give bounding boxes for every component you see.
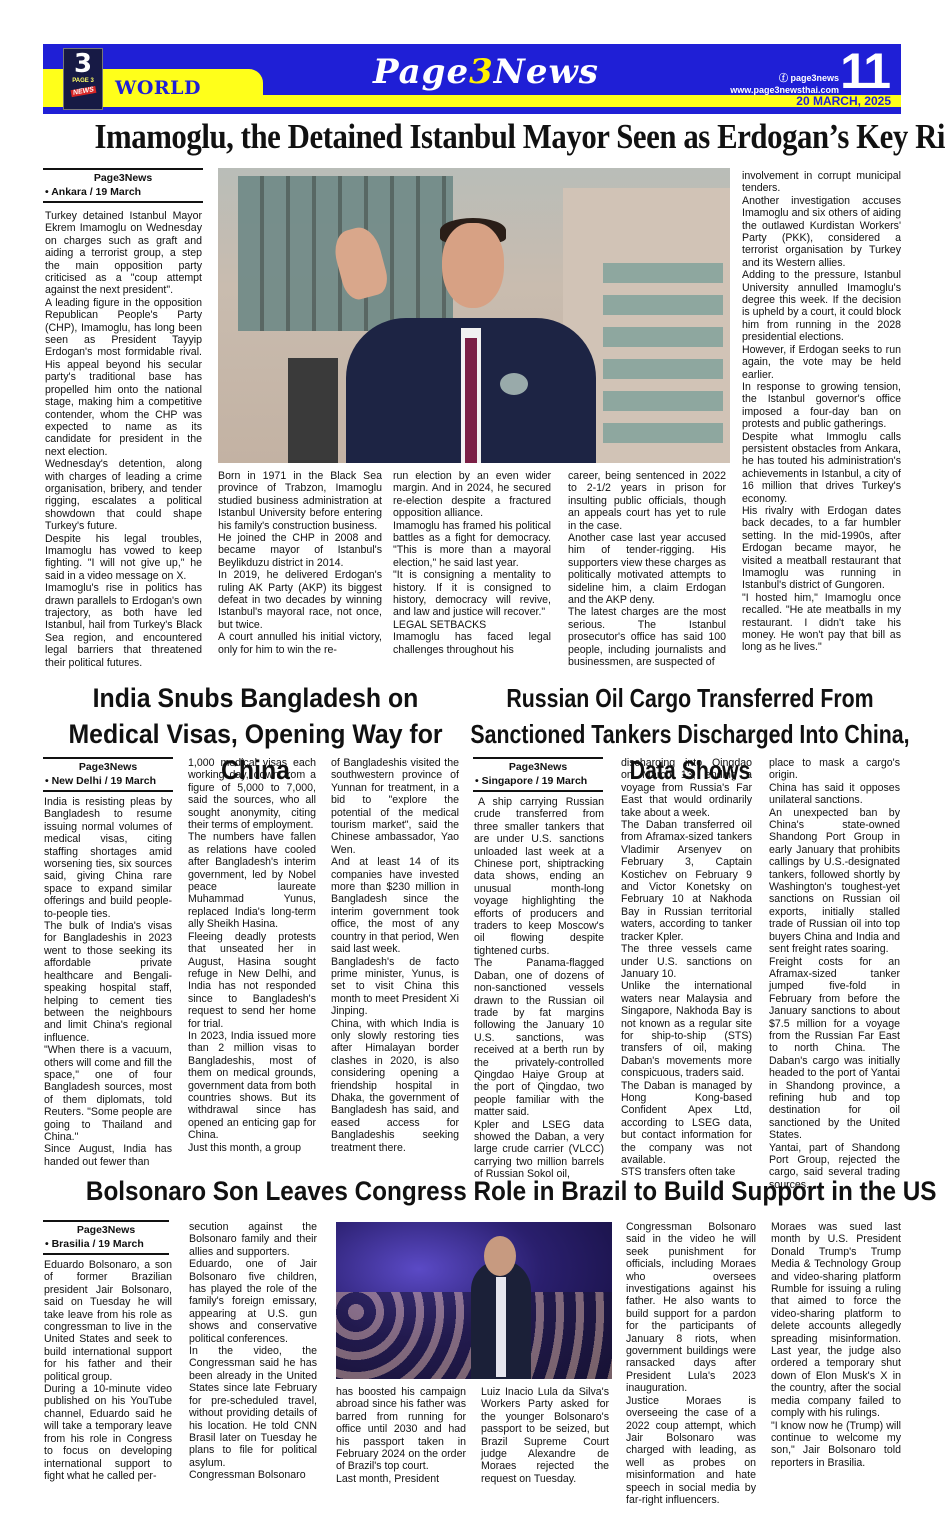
paragraph: In response to growing tension, the Ista… xyxy=(742,381,901,431)
paragraph: run election by an even wider margin. An… xyxy=(393,470,551,520)
article-1-column-5: involvement in corrupt municipal tenders… xyxy=(742,170,901,654)
person-head xyxy=(484,1236,516,1276)
paragraph: Adding to the pressure, Istanbul Univers… xyxy=(742,269,901,343)
facebook-icon: ⓕ xyxy=(779,73,791,83)
paragraph: China, with which India is only slowly r… xyxy=(331,1018,459,1154)
paragraph: The numbers have fallen as relations hav… xyxy=(188,831,316,930)
building-door xyxy=(288,358,338,463)
social-handle: ⓕ page3news xyxy=(779,71,839,84)
article-1-column-2: Born in 1971 in the Black Sea province o… xyxy=(218,470,382,656)
byline-source: Page3News xyxy=(45,760,171,774)
page-number: 11 xyxy=(840,42,889,100)
paragraph: Since August, India has handed out fewer… xyxy=(44,1143,172,1168)
paragraph: Imamoglu has faced legal challenges thro… xyxy=(393,631,551,656)
article-3-column-1: A ship carrying Russian crude transferre… xyxy=(474,796,604,1181)
article-3-byline: Page3News • Singapore / 19 March xyxy=(473,757,603,792)
paragraph: In 2019, he delivered Erdogan's ruling A… xyxy=(218,569,382,631)
paragraph: His rivalry with Erdogan dates back deca… xyxy=(742,505,901,592)
person-head xyxy=(442,223,504,308)
paragraph: Imamoglu has framed his political battle… xyxy=(393,520,551,570)
paragraph: Despite what Immoglu calls persistent ob… xyxy=(742,431,901,505)
building-windows xyxy=(603,263,723,453)
paragraph: The Daban transferred oil from Aframax-s… xyxy=(621,819,752,943)
paragraph: of Bangladeshis visited the southwestern… xyxy=(331,757,459,856)
article-4-column-5: Congressman Bolsonaro said in the video … xyxy=(626,1221,756,1506)
paragraph: A court annulled his initial victory, on… xyxy=(218,631,382,656)
title-suffix: News xyxy=(494,52,599,92)
byline-source: Page3News xyxy=(475,760,601,774)
article-3-column-2: discharging into Qingdao on March 13, en… xyxy=(621,757,752,1179)
paragraph: Eduardo, one of Jair Bolsonaro five chil… xyxy=(189,1258,317,1345)
article-1-byline: Page3News • Ankara / 19 March xyxy=(43,168,203,203)
paragraph: Imamoglu's rise in politics has drawn pa… xyxy=(45,582,202,669)
paragraph: Last month, President xyxy=(336,1473,466,1485)
paragraph: Bangladesh's de facto prime minister, Yu… xyxy=(331,956,459,1018)
paragraph: Another case last year accused him of te… xyxy=(568,532,726,606)
paragraph: secution against the Bolsonaro family an… xyxy=(189,1221,317,1258)
paragraph: discharging into Qingdao on March 13, en… xyxy=(621,757,752,819)
paragraph: "It is consigning a mentality to history… xyxy=(393,569,551,619)
paragraph: The Panama-flagged Daban, one of dozens … xyxy=(474,957,604,1118)
paragraph: The latest charges are the most serious.… xyxy=(568,606,726,668)
paragraph: Congressman Bolsonaro said in the video … xyxy=(626,1221,756,1395)
paragraph: He joined the CHP in 2008 and became may… xyxy=(218,532,382,569)
masthead: 3 PAGE 3 NEWS WORLD Page3News ⓕ page3new… xyxy=(43,44,901,114)
paragraph: During a 10-minute video published on hi… xyxy=(44,1383,172,1482)
paragraph: The three vessels came under U.S. sancti… xyxy=(621,943,752,980)
title-prefix: Page xyxy=(373,52,469,92)
byline-location: • Brasilia / 19 March xyxy=(45,1237,167,1252)
byline-source: Page3News xyxy=(45,171,201,185)
social-handle-text: page3news xyxy=(790,73,839,83)
article-4-byline: Page3News • Brasilia / 19 March xyxy=(43,1220,169,1255)
paragraph: The bulk of India's visas for Bangladesh… xyxy=(44,920,172,1044)
microphone-icon xyxy=(500,373,528,395)
section-label: WORLD xyxy=(115,77,201,99)
article-4-column-3: has boosted his campaign abroad since hi… xyxy=(336,1386,466,1485)
paragraph: And at least 14 of its companies have in… xyxy=(331,856,459,955)
paragraph: A leading figure in the opposition Repub… xyxy=(45,297,202,458)
paragraph: Born in 1971 in the Black Sea province o… xyxy=(218,470,382,532)
article-4-column-2: secution against the Bolsonaro family an… xyxy=(189,1221,317,1482)
paragraph: involvement in corrupt municipal tenders… xyxy=(742,170,901,195)
paragraph: China has said it opposes unilateral san… xyxy=(769,782,900,807)
article-1-column-1: Turkey detained Istanbul Mayor Ekrem Ima… xyxy=(45,210,202,669)
paragraph: Kpler and LSEG data showed the Daban, a … xyxy=(474,1119,604,1181)
paragraph: Turkey detained Istanbul Mayor Ekrem Ima… xyxy=(45,210,202,297)
paragraph: Another investigation accuses Imamoglu a… xyxy=(742,195,901,269)
paragraph: The Daban is managed by Hong Kong-based … xyxy=(621,1080,752,1167)
article-2-column-1: India is resisting pleas by Bangladesh t… xyxy=(44,796,172,1168)
subheading: LEGAL SETBACKS xyxy=(393,619,551,631)
paragraph: Congressman Bolsonaro xyxy=(189,1469,317,1481)
page3-logo: 3 PAGE 3 NEWS xyxy=(63,48,103,110)
paragraph: A ship carrying Russian crude transferre… xyxy=(474,796,604,957)
article-4-column-6: Moraes was sued last month by U.S. Presi… xyxy=(771,1221,901,1469)
article-2-column-2: 1,000 medical visas each working day, do… xyxy=(188,757,316,1154)
paragraph: "When there is a vacuum, others will com… xyxy=(44,1044,172,1143)
paragraph: "I know now he (Trump) will continue to … xyxy=(771,1420,901,1470)
title-three: 3 xyxy=(469,52,494,92)
byline-location: • Ankara / 19 March xyxy=(45,185,201,200)
logo-page-text: PAGE 3 xyxy=(72,77,94,85)
paragraph: However, if Erdogan seeks to run again, … xyxy=(742,344,901,381)
paragraph: Despite his legal troubles, Imamoglu has… xyxy=(45,533,202,583)
byline-location: • New Delhi / 19 March xyxy=(45,774,171,789)
eduardo-bolsonaro-photo xyxy=(336,1222,612,1379)
paragraph: Justice Moraes is overseeing the case of… xyxy=(626,1395,756,1507)
article-1-column-4: career, being sentenced in 2022 to 2-1/2… xyxy=(568,470,726,669)
paragraph: Freight costs for an Aframax-sized tanke… xyxy=(769,956,900,1142)
paragraph: An unexpected ban by China's state-owned… xyxy=(769,807,900,956)
paragraph: Moraes was sued last month by U.S. Presi… xyxy=(771,1221,901,1420)
paragraph: place to mask a cargo's origin. xyxy=(769,757,900,782)
person-shirt xyxy=(496,1277,506,1377)
paragraph: Unlike the international waters near Mal… xyxy=(621,980,752,1079)
logo-number: 3 xyxy=(74,51,92,77)
article-1-headline: Imamoglu, the Detained Istanbul Mayor Se… xyxy=(94,117,849,157)
byline-location: • Singapore / 19 March xyxy=(475,774,601,789)
paragraph: Luiz Inacio Lula da Silva's Workers Part… xyxy=(481,1386,609,1485)
paragraph: "I hosted him," Imamoglu once recalled. … xyxy=(742,592,901,654)
paragraph: In the video, the Congressman said he ha… xyxy=(189,1345,317,1469)
masthead-bottom-line xyxy=(43,107,901,114)
paragraph: career, being sentenced in 2022 to 2-1/2… xyxy=(568,470,726,532)
paragraph: Eduardo Bolsonaro, a son of former Brazi… xyxy=(44,1259,172,1383)
article-3-column-3: place to mask a cargo's origin. China ha… xyxy=(769,757,900,1191)
logo-news-text: NEWS xyxy=(70,86,96,97)
paragraph: India is resisting pleas by Bangladesh t… xyxy=(44,796,172,920)
article-1-column-3: run election by an even wider margin. An… xyxy=(393,470,551,656)
imamoglu-photo xyxy=(218,168,730,463)
person-tie xyxy=(465,338,477,463)
paragraph: 1,000 medical visas each working day, do… xyxy=(188,757,316,831)
article-4-headline: Bolsonaro Son Leaves Congress Role in Br… xyxy=(86,1176,858,1207)
article-2-column-3: of Bangladeshis visited the southwestern… xyxy=(331,757,459,1154)
paragraph: In 2023, India issued more than 2 millio… xyxy=(188,1030,316,1142)
paragraph: Fleeing deadly protests that unseated he… xyxy=(188,931,316,1030)
byline-source: Page3News xyxy=(45,1223,167,1237)
article-4-column-4: Luiz Inacio Lula da Silva's Workers Part… xyxy=(481,1386,609,1485)
article-2-byline: Page3News • New Delhi / 19 March xyxy=(43,757,173,792)
article-4-column-1: Eduardo Bolsonaro, a son of former Brazi… xyxy=(44,1259,172,1482)
paragraph: has boosted his campaign abroad since hi… xyxy=(336,1386,466,1473)
issue-date: 20 MARCH, 2025 xyxy=(796,95,891,107)
paragraph: Wednesday's detention, along with charge… xyxy=(45,458,202,532)
paragraph: Just this month, a group xyxy=(188,1142,316,1154)
newspaper-title: Page3News xyxy=(373,52,599,92)
